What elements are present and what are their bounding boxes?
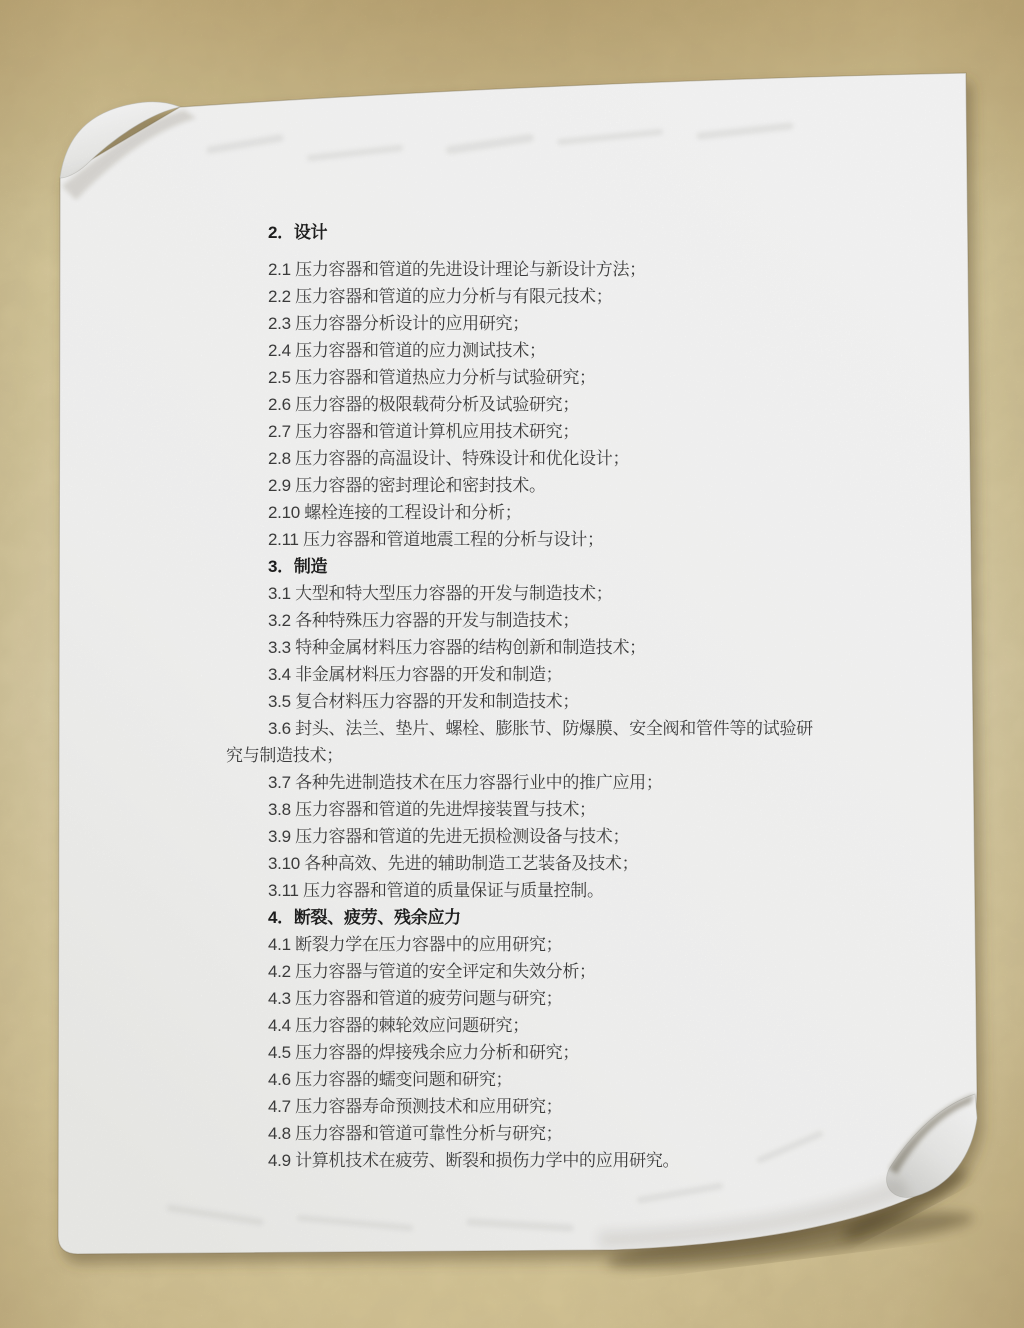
list-item: 2.6 压力容器的极限载荷分析及试验研究； (226, 391, 846, 418)
list-item: 4.9 计算机技术在疲劳、断裂和损伤力学中的应用研究。 (226, 1147, 846, 1174)
list-item: 2.10 螺栓连接的工程设计和分析； (226, 499, 846, 526)
list-item: 4.1 断裂力学在压力容器中的应用研究； (226, 931, 846, 958)
list-item: 4.3 压力容器和管道的疲劳问题与研究； (226, 985, 846, 1012)
list-item: 2.1 压力容器和管道的先进设计理论与新设计方法； (226, 256, 846, 283)
list-item: 3.8 压力容器和管道的先进焊接装置与技术； (226, 796, 846, 823)
list-item: 3.10 各种高效、先进的辅助制造工艺装备及技术； (226, 850, 846, 877)
list-item: 2.5 压力容器和管道热应力分析与试验研究； (226, 364, 846, 391)
list-item: 3.4 非金属材料压力容器的开发和制造； (226, 661, 846, 688)
list-item: 3.9 压力容器和管道的先进无损检测设备与技术； (226, 823, 846, 850)
list-item: 2.2 压力容器和管道的应力分析与有限元技术； (226, 283, 846, 310)
list-item: 2.9 压力容器的密封理论和密封技术。 (226, 472, 846, 499)
list-item: 4.7 压力容器寿命预测技术和应用研究； (226, 1093, 846, 1120)
list-item: 4.2 压力容器与管道的安全评定和失效分析； (226, 958, 846, 985)
list-item: 3.6 封头、法兰、垫片、螺栓、膨胀节、防爆膜、安全阀和管件等的试验研 究与制造… (226, 715, 846, 769)
list-item: 4.6 压力容器的蠕变问题和研究； (226, 1066, 846, 1093)
list-item: 3.2 各种特殊压力容器的开发与制造技术； (226, 607, 846, 634)
desk-background: 2．设计2.1 压力容器和管道的先进设计理论与新设计方法；2.2 压力容器和管道… (0, 0, 1024, 1328)
list-item: 2.3 压力容器分析设计的应用研究； (226, 310, 846, 337)
list-item: 3.11 压力容器和管道的质量保证与质量控制。 (226, 877, 846, 904)
section-heading: 4．断裂、疲劳、残余应力 (226, 904, 846, 931)
list-item: 3.7 各种先进制造技术在压力容器行业中的推广应用； (226, 769, 846, 796)
list-item: 2.11 压力容器和管道地震工程的分析与设计； (226, 526, 846, 553)
list-item: 4.8 压力容器和管道可靠性分析与研究； (226, 1120, 846, 1147)
list-item: 2.8 压力容器的高温设计、特殊设计和优化设计； (226, 445, 846, 472)
document-text: 2．设计2.1 压力容器和管道的先进设计理论与新设计方法；2.2 压力容器和管道… (226, 219, 846, 1174)
section-heading: 2．设计 (226, 219, 846, 246)
list-item: 3.1 大型和特大型压力容器的开发与制造技术； (226, 580, 846, 607)
list-item: 2.7 压力容器和管道计算机应用技术研究； (226, 418, 846, 445)
list-item: 3.3 特种金属材料压力容器的结构创新和制造技术； (226, 634, 846, 661)
section-heading: 3．制造 (226, 553, 846, 580)
list-item: 2.4 压力容器和管道的应力测试技术； (226, 337, 846, 364)
list-item: 4.5 压力容器的焊接残余应力分析和研究； (226, 1039, 846, 1066)
list-item: 4.4 压力容器的棘轮效应问题研究； (226, 1012, 846, 1039)
list-item: 3.5 复合材料压力容器的开发和制造技术； (226, 688, 846, 715)
